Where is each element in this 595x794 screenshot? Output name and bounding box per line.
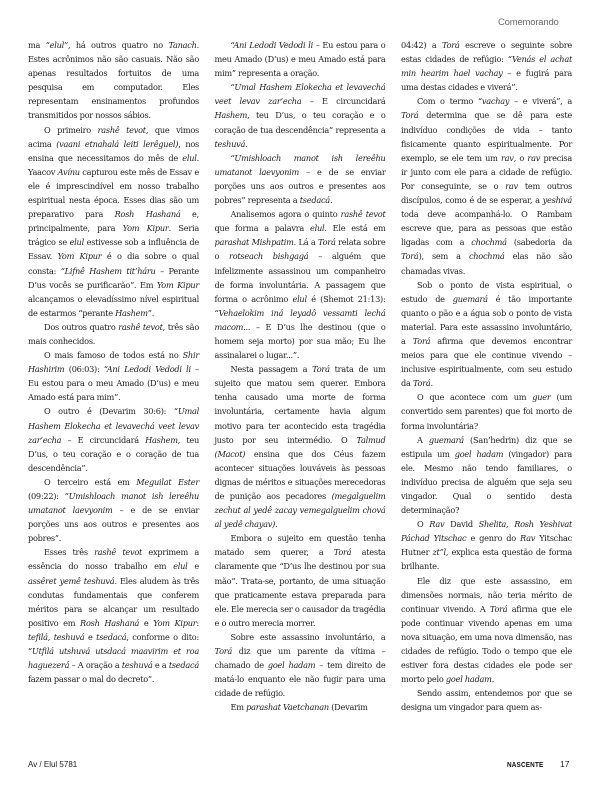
paragraph: Em parashat Vaetchanan (Devarim [215, 700, 386, 714]
article-column-2: “Ani Ledodi Vedodi li – Eu estou para o … [215, 38, 386, 743]
paragraph: Sendo assim, entendemos por que se desig… [401, 686, 572, 714]
paragraph: A guemará (San’hedrin) diz que se estipu… [401, 433, 572, 518]
article-column-3: 04:42) a Torá escreve o seguinte sobre e… [401, 38, 572, 743]
paragraph: Com o termo “vachay – e viverá”, a Torá … [401, 94, 572, 277]
paragraph: “Umal Hashem Elokecha et levavechá veet … [215, 80, 386, 150]
paragraph: Sob o ponto de vista espiritual, o estud… [401, 278, 572, 391]
paragraph: “Ani Ledodi Vedodi li – Eu estou para o … [215, 38, 386, 80]
paragraph: Sobre este assassino involuntário, a Tor… [215, 630, 386, 700]
paragraph: ma “elul”, há outros quatro no Tanach. E… [28, 38, 199, 123]
issue-label: Av / Elul 5781 [28, 760, 77, 769]
paragraph: 04:42) a Torá escreve o seguinte sobre e… [401, 38, 572, 94]
article-column-1: ma “elul”, há outros quatro no Tanach. E… [28, 38, 199, 743]
article-body: ma “elul”, há outros quatro no Tanach. E… [28, 38, 572, 743]
section-label: Comemorando [498, 17, 559, 28]
paragraph: Ele diz que este assassino, em dimensões… [401, 574, 572, 687]
paragraph: Embora o sujeito em questão tenha matado… [215, 531, 386, 630]
paragraph: Nesta passagem a Torá trata de um sujeit… [215, 362, 386, 531]
page-number: 17 [560, 759, 569, 769]
paragraph: O terceiro está em Meguilat Ester (09:22… [28, 475, 199, 545]
paragraph: Esses três rashê tevot exprimem a essênc… [28, 545, 199, 686]
paragraph: Dos outros quatro rashê tevot, três são … [28, 320, 199, 348]
paragraph: O outro é (Devarim 30:6): “Umal Hashem E… [28, 404, 199, 474]
magazine-logo: NASCENTE [507, 760, 543, 769]
paragraph: Analisemos agora o quinto rashê tevot qu… [215, 207, 386, 362]
paragraph: O primeiro rashê tevot, que vimos acima … [28, 123, 199, 320]
paragraph: O mais famoso de todos está no Shir Hash… [28, 348, 199, 404]
paragraph: O Rav David Shelita, Rosh Yeshivat Pácha… [401, 517, 572, 573]
paragraph: O que acontece com um guer (um convertid… [401, 390, 572, 432]
paragraph: “Umishloach manot ish lereêhu umatanot l… [215, 151, 386, 207]
